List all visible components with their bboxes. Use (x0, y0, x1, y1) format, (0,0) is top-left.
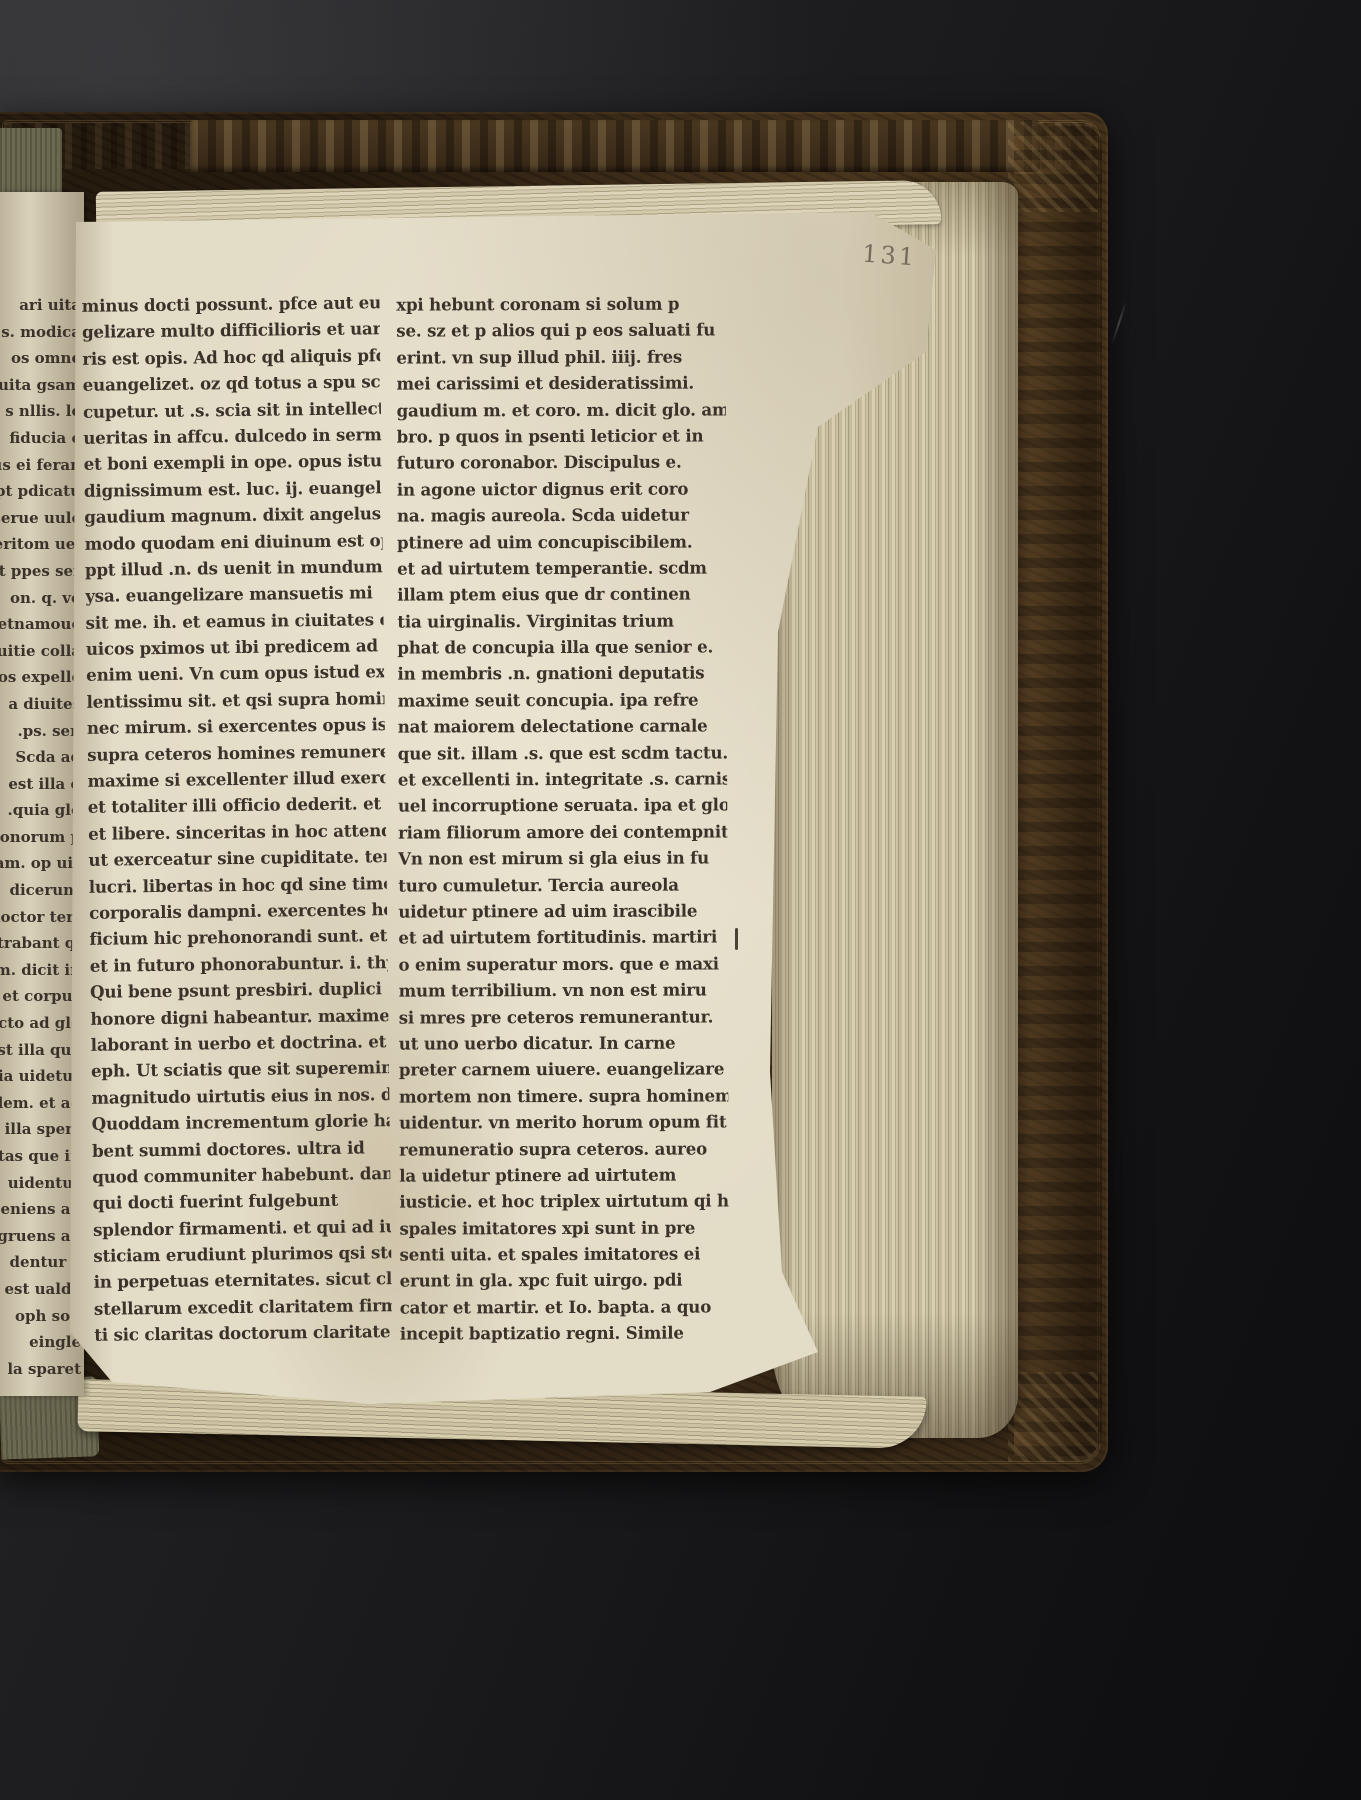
text-line: preter carnem uiuere. euangelizare (399, 1057, 728, 1085)
text-line-fragment: em. dicit in (0, 957, 81, 984)
text-line-fragment: e. et corpus (0, 983, 81, 1010)
text-line: na. magis aureola. Scda uidetur (397, 503, 726, 531)
text-line: mortem non timere. supra hominem (399, 1083, 728, 1111)
cover-corner-hatch-bottom (1008, 1372, 1098, 1462)
text-line: minus docti possunt. pfce aut eun (82, 290, 380, 320)
text-line: et in futuro phonorabuntur. i. thy. (90, 950, 388, 980)
text-line: ppt illud .n. ds uenit in mundum. (85, 554, 383, 584)
text-line-fragment: in illa spem (0, 1116, 81, 1143)
photo-of-open-manuscript: ari uitas. modicaos omneuita gsams nllis… (0, 0, 1361, 1800)
text-line: bro. p quos in psenti leticior et in (397, 423, 726, 451)
text-line: cupetur. ut .s. scia sit in intellectu. (83, 396, 381, 426)
text-line: uicos pximos ut ibi predicem ad hoc (86, 633, 384, 663)
cover-tooling-top-band (190, 120, 1040, 172)
text-line-fragment: ari uita (0, 292, 81, 319)
text-line-fragment: dem. et ad (0, 1090, 81, 1117)
text-line-fragment: est illa q (0, 771, 81, 798)
text-line-fragment: bus ei feran (0, 452, 81, 479)
text-line: que sit. illam .s. que est scdm tactu. (398, 740, 727, 768)
text-line-fragment: on. q. vo (0, 585, 81, 612)
text-line: erint. vn sup illud phil. iiij. fres (396, 344, 725, 372)
text-line: laborant in uerbo et doctrina. et sup il… (91, 1029, 389, 1059)
text-line: et ad uirtutem fortitudinis. martiri (398, 925, 727, 953)
text-line-fragment: et ppes ser (0, 558, 81, 585)
text-line-fragment: est ualde (0, 1276, 81, 1303)
text-line-fragment: dentur e (0, 1249, 81, 1276)
text-line: spales imitatores xpi sunt in pre (399, 1215, 728, 1243)
text-line-fragment: doctor tert (0, 904, 81, 931)
text-line: in membris .n. gnationi deputatis (397, 661, 726, 689)
text-line: eph. Ut sciatis que sit supereminens (91, 1056, 389, 1086)
text-line-fragment: ueniens ad (0, 1196, 81, 1223)
text-line-fragment: oph son (0, 1303, 81, 1330)
text-line: senti uita. et spales imitatores ei (399, 1241, 728, 1269)
text-line: cator et martir. et Io. bapta. a quo (400, 1294, 729, 1322)
text-line: nat maiorem delectatione carnale (398, 714, 727, 742)
text-line: turo cumuletur. Tercia aureola (398, 872, 727, 900)
text-line: et ad uirtutem temperantie. scdm (397, 555, 726, 583)
text-line: et totaliter illi officio dederit. et si… (88, 792, 386, 822)
text-line: maxime si excellenter illud exercent. (87, 765, 385, 795)
text-line: bent summi doctores. ultra id (92, 1135, 390, 1165)
text-line: lucri. libertas in hoc qd sine timore (89, 871, 387, 901)
text-line-fragment: eingle (0, 1329, 81, 1356)
text-line: stellarum excedit claritatem firmamen (94, 1293, 392, 1323)
text-line-fragment: s. modica (0, 319, 81, 346)
text-line-fragment: ia uidetur (0, 1063, 81, 1090)
cover-corner-hatch-top (1008, 122, 1098, 212)
text-line-fragment: a diuites (0, 691, 81, 718)
text-line: modo quodam eni diuinum est ops. (84, 528, 382, 558)
text-line: Quoddam incrementum glorie ha (92, 1108, 390, 1138)
stray-ink-mark (735, 928, 738, 950)
text-line: la uidetur ptinere ad uirtutem (399, 1162, 728, 1190)
text-line-fragment: quia glo. (0, 797, 81, 824)
text-line: enim ueni. Vn cum opus istud excel (86, 660, 384, 690)
text-line: ficium hic prehonorandi sunt. et (89, 924, 387, 954)
background-scratch (1111, 301, 1127, 345)
text-line-fragment: est illa que (0, 1037, 81, 1064)
text-line-fragment: etnamoue (0, 611, 81, 638)
text-line: futuro coronabor. Discipulus e. (397, 450, 726, 478)
text-line: erunt in gla. xpc fuit uirgo. pdi (400, 1268, 729, 1296)
text-line-fragment: nos expelle (0, 664, 81, 691)
text-line: gelizare multo difficilioris et uario (82, 317, 380, 347)
text-line-fragment: uita gsam (0, 372, 81, 399)
text-line: ysa. euangelizare mansuetis mi (85, 581, 383, 611)
text-line: lentissimu sit. et qsi supra hominem (86, 686, 384, 716)
text-line: xpi hebunt coronam si solum p (396, 291, 725, 319)
text-line: riam filiorum amore dei contempnit. (398, 819, 727, 847)
text-line-fragment: am. op uir (0, 850, 81, 877)
text-line-fragment: gruens ad (0, 1223, 81, 1250)
text-column-left: minus docti possunt. pfce aut eungelizar… (82, 290, 399, 1349)
text-line-fragment: bonorum p (0, 824, 81, 851)
text-line: uidetur ptinere ad uim irascibile (398, 898, 727, 926)
text-line-fragment: pt pdicatu (0, 478, 81, 505)
text-line: supra ceteros homines remunerent. (87, 739, 385, 769)
text-line: quod communiter habebunt. dan. (92, 1161, 390, 1191)
text-line: remuneratio supra ceteros. aureo (399, 1136, 728, 1164)
text-line: gaudium m. et coro. m. dicit glo. am (397, 397, 726, 425)
text-line: Vn non est mirum si gla eius in fu (398, 846, 727, 874)
text-line: incepit baptizatio regni. Simile (400, 1321, 729, 1349)
text-line: gaudium magnum. dixit angelus. (84, 501, 382, 531)
text-line: phat de concupia illa que senior e. (397, 635, 726, 663)
text-line: splendor firmamenti. et qui ad iu (93, 1214, 391, 1244)
text-line: maxime seuit concupia. ipa refre (398, 687, 727, 715)
text-line: in agone uictor dignus erit coro (397, 476, 726, 504)
text-line: nec mirum. si exercentes opus istud (87, 712, 385, 742)
cover-tooling-right-band (1014, 126, 1102, 1456)
text-line: mei carissimi et desideratissimi. (396, 371, 725, 399)
text-line-fragment: eritom uel (0, 531, 81, 558)
text-line: honore digni habeantur. maxime qui (90, 1003, 388, 1033)
text-line: uidentur. vn merito horum opum fit (399, 1110, 728, 1138)
text-line: iusticie. et hoc triplex uirtutum qi hnt… (399, 1189, 728, 1217)
text-column-right: xpi hebunt coronam si solum pse. sz et p… (396, 291, 736, 1348)
text-line: ris est opis. Ad hoc qd aliquis pfce (82, 343, 380, 373)
text-line: uel incorruptione seruata. ipa et glo (398, 793, 727, 821)
text-line: euangelizet. oz qd totus a spu sco oc (83, 369, 381, 399)
text-line: se. sz et p alios qui p eos saluati fu (396, 318, 725, 346)
text-line: si mres pre ceteros remunerantur. (399, 1004, 728, 1032)
text-line-fragment: pserue uule (0, 505, 81, 532)
text-line: ueritas in affcu. dulcedo in sermoe. (83, 422, 381, 452)
text-line: et libere. sinceritas in hoc attenditur (88, 818, 386, 848)
text-line-fragment: trabant qi (0, 930, 81, 957)
text-line-fragment: la sparet (0, 1356, 81, 1383)
text-line: ut exerceatur sine cupiditate. temporal (88, 844, 386, 874)
text-line-fragment: s nllis. le (0, 398, 81, 425)
text-line-fragment: uitie colla (0, 638, 81, 665)
text-line-fragment: fiducia e (0, 425, 81, 452)
text-line: dignissimum est. luc. ij. euangelizo uob (84, 475, 382, 505)
text-line: ti sic claritas doctorum claritate ceter… (94, 1319, 392, 1349)
spine-cloth-top (0, 128, 62, 198)
text-line: qui docti fuerint fulgebunt (93, 1187, 391, 1217)
text-line-fragment: Scda ad (0, 744, 81, 771)
text-line-fragment: dicto ad glo (0, 1010, 81, 1037)
facing-page-text-fragments: ari uitas. modicaos omneuita gsams nllis… (0, 292, 81, 1382)
text-line: et excellenti in. integritate .s. carnis… (398, 766, 727, 794)
text-line: tia uirginalis. Virginitas trium (397, 608, 726, 636)
folio-number: 131 (861, 240, 933, 281)
text-line: sit me. ih. et eamus in ciuitates et (85, 607, 383, 637)
text-line: o enim superatur mors. que e maxi (398, 951, 727, 979)
text-line-fragment: uidentur (0, 1170, 81, 1197)
text-line: ut uno uerbo dicatur. In carne (399, 1030, 728, 1058)
text-line: in perpetuas eternitates. sicut claritas (93, 1267, 391, 1297)
text-line: corporalis dampni. exercentes hoc of (89, 897, 387, 927)
text-line-fragment: ps. sen. (0, 718, 81, 745)
text-line: mum terribilium. vn non est miru (399, 978, 728, 1006)
text-line: ptinere ad uim concupiscibilem. (397, 529, 726, 557)
text-line: Qui bene psunt presbiri. duplici (90, 976, 388, 1006)
text-line-fragment: tas que in (0, 1143, 81, 1170)
text-line: et boni exempli in ope. opus istud (83, 449, 381, 479)
text-line: illam ptem eius que dr continen (397, 582, 726, 610)
text-line: sticiam erudiunt plurimos qsi stelle (93, 1240, 391, 1270)
text-line-fragment: os omne (0, 345, 81, 372)
text-line: magnitudo uirtutis eius in nos. dicit (91, 1082, 389, 1112)
text-line-fragment: dicerunt (0, 877, 81, 904)
